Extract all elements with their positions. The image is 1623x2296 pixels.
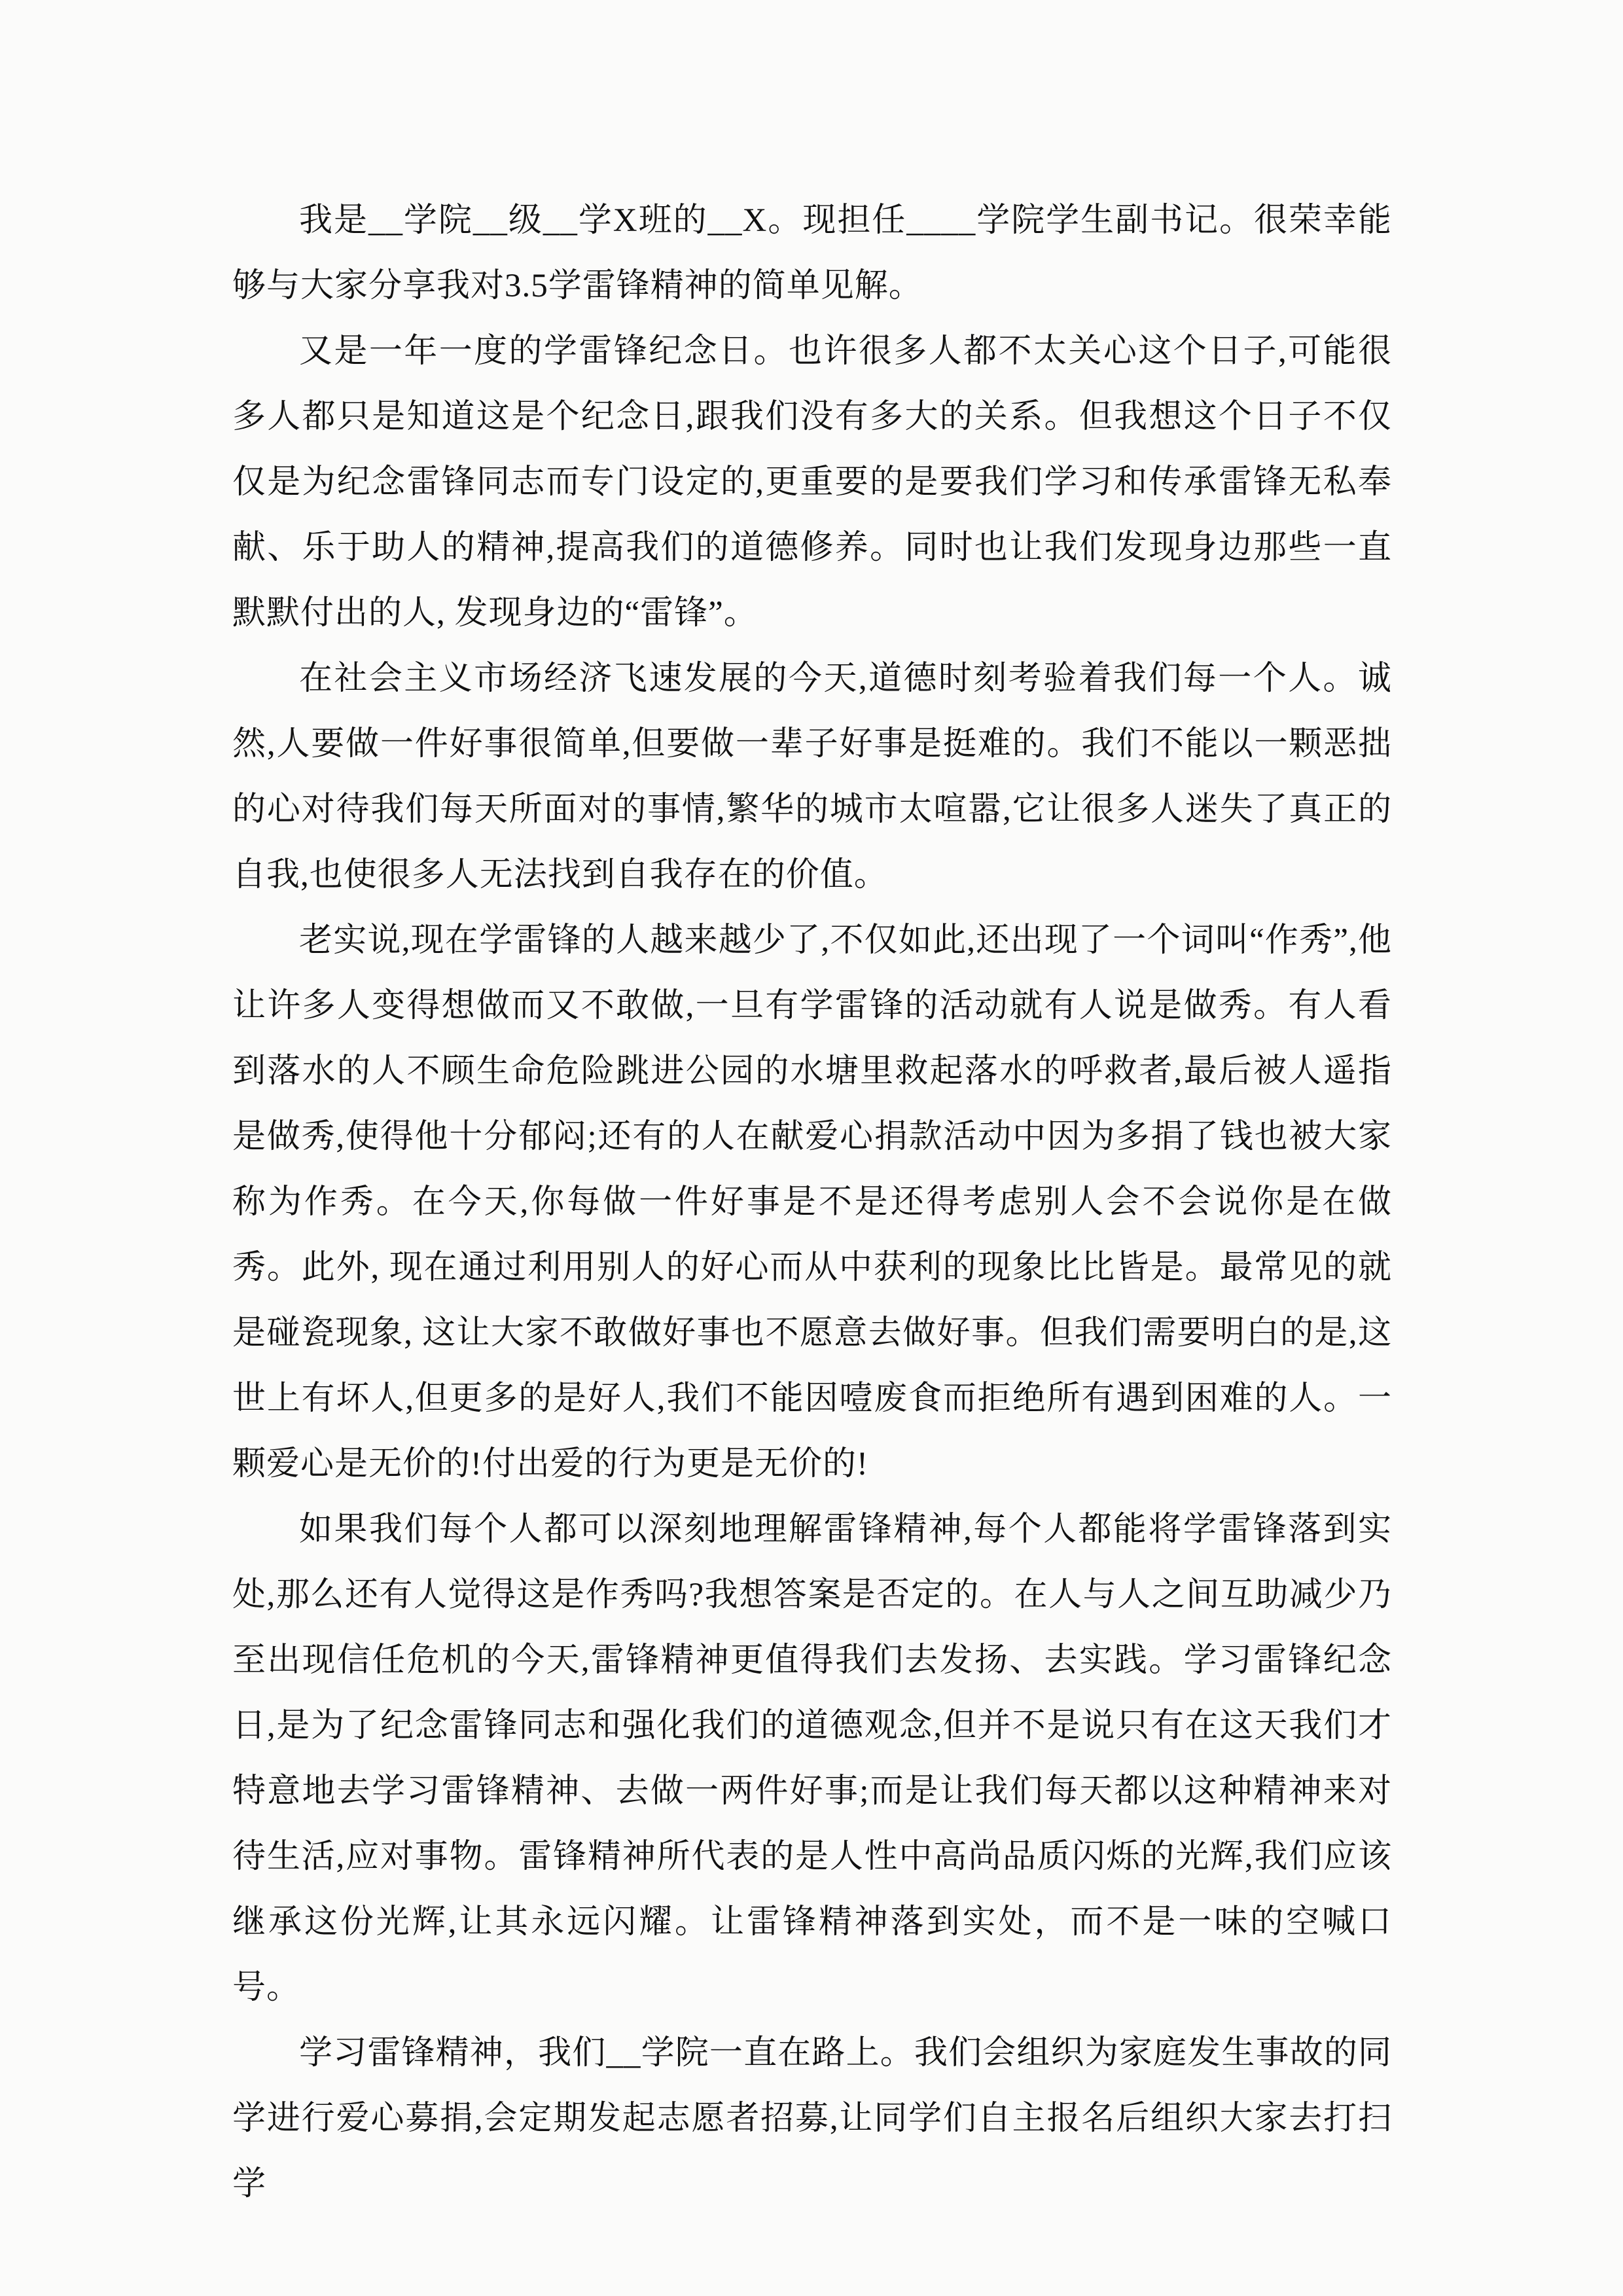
paragraph-college-actions: 学习雷锋精神，我们__学院一直在路上。我们会组织为家庭发生事故的同学进行爱心募捐… [232, 2020, 1392, 2217]
paragraph-market-economy: 在社会主义市场经济飞速发展的今天,道德时刻考验着我们每一个人。诚然,人要做一件好… [232, 646, 1392, 908]
paragraph-zuoxiu: 老实说,现在学雷锋的人越来越少了,不仅如此,还出现了一个词叫“作秀”,他让许多人… [232, 908, 1392, 1497]
document-body: 我是__学院__级__学X班的__X。现担任____学院学生副书记。很荣幸能够与… [232, 188, 1392, 2217]
paragraph-intro: 我是__学院__级__学X班的__X。现担任____学院学生副书记。很荣幸能够与… [232, 188, 1392, 319]
paragraph-understanding: 如果我们每个人都可以深刻地理解雷锋精神,每个人都能将学雷锋落到实处,那么还有人觉… [232, 1497, 1392, 2020]
document-page: 我是__学院__级__学X班的__X。现担任____学院学生副书记。很荣幸能够与… [0, 0, 1623, 2296]
paragraph-memorial-day: 又是一年一度的学雷锋纪念日。也许很多人都不太关心这个日子,可能很多人都只是知道这… [232, 319, 1392, 646]
